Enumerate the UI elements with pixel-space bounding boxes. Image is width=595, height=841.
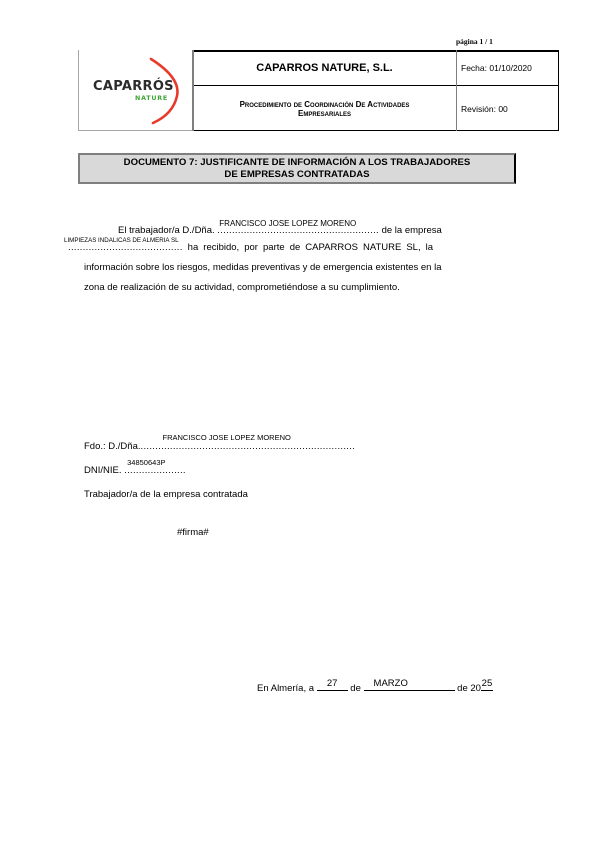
statement-line-4: zona de realización de su actividad, com… — [84, 282, 400, 293]
signature-name-value: FRANCISCO JOSE LOPEZ MORENO — [163, 433, 291, 442]
document-title-line-2: DE EMPRESAS CONTRATADAS — [224, 169, 369, 181]
day-value: 27 — [317, 678, 348, 689]
signer-role: Trabajador/a de la empresa contratada — [84, 489, 248, 500]
document-title-line-1: DOCUMENTO 7: JUSTIFICANTE DE INFORMACIÓN… — [124, 157, 471, 169]
year-value: 25 — [481, 678, 493, 689]
date-line: En Almería, a 27 de MARZO de 2025 — [257, 680, 493, 694]
year-field[interactable]: 25 — [481, 680, 493, 691]
dni-field[interactable]: .....................34850643P — [124, 465, 186, 476]
statement-line-1: El trabajador/a D./Dña. ................… — [118, 225, 442, 236]
logo-arc-icon — [147, 56, 187, 126]
worker-name-value: FRANCISCO JOSE LOPEZ MORENO — [219, 219, 356, 228]
signature-placeholder[interactable]: #firma# — [177, 527, 209, 538]
logo-cell: CAPARRÓS NATURE — [78, 50, 192, 131]
date-de-1: de — [348, 683, 364, 694]
dni-label: DNI/NIE. — [84, 465, 124, 476]
date-de-2: de 20 — [455, 683, 481, 694]
signature-name-line: Fdo.: D./Dña............................… — [84, 441, 355, 452]
signature-name-label: Fdo.: D./Dña. — [84, 441, 141, 452]
procedure-line-1: Procedimiento de Coordinación De Activid… — [240, 100, 410, 109]
month-field[interactable]: MARZO — [364, 680, 455, 691]
contractor-company-field[interactable]: .......................................L… — [64, 242, 183, 253]
dni-line: DNI/NIE. .....................34850643P — [84, 465, 186, 476]
document-title: DOCUMENTO 7: JUSTIFICANTE DE INFORMACIÓN… — [78, 153, 516, 184]
document-date: Fecha: 01/10/2020 — [461, 50, 532, 85]
dni-value: 34850643P — [127, 458, 165, 467]
page-number: página 1 / 1 — [456, 37, 493, 46]
statement-line-3: información sobre los riesgos, medidas p… — [84, 262, 442, 273]
day-field[interactable]: 27 — [317, 680, 348, 691]
company-name: CAPARROS NATURE, S.L. — [193, 50, 456, 85]
statement-intro: El trabajador/a D./Dña. — [118, 225, 217, 236]
document-revision: Revisión: 00 — [461, 86, 508, 131]
date-prefix: En Almería, a — [257, 683, 317, 694]
statement-after-name: de la empresa — [379, 225, 442, 236]
worker-name-field[interactable]: ........................................… — [217, 225, 379, 236]
signature-name-field[interactable]: ........................................… — [141, 441, 356, 452]
contractor-company-value: LIMPIEZAS INDALICAS DE ALMERIA SL — [64, 237, 179, 244]
header-table: CAPARRÓS NATURE CAPARROS NATURE, S.L. Pr… — [78, 50, 559, 131]
procedure-line-2: Empresariales — [298, 109, 351, 118]
statement-line-2: .......................................L… — [64, 242, 510, 253]
statement-line-2-text: ha recibido, por parte de CAPARROS NATUR… — [183, 242, 433, 253]
month-value: MARZO — [374, 678, 455, 689]
procedure-title: Procedimiento de Coordinación De Activid… — [193, 86, 456, 131]
